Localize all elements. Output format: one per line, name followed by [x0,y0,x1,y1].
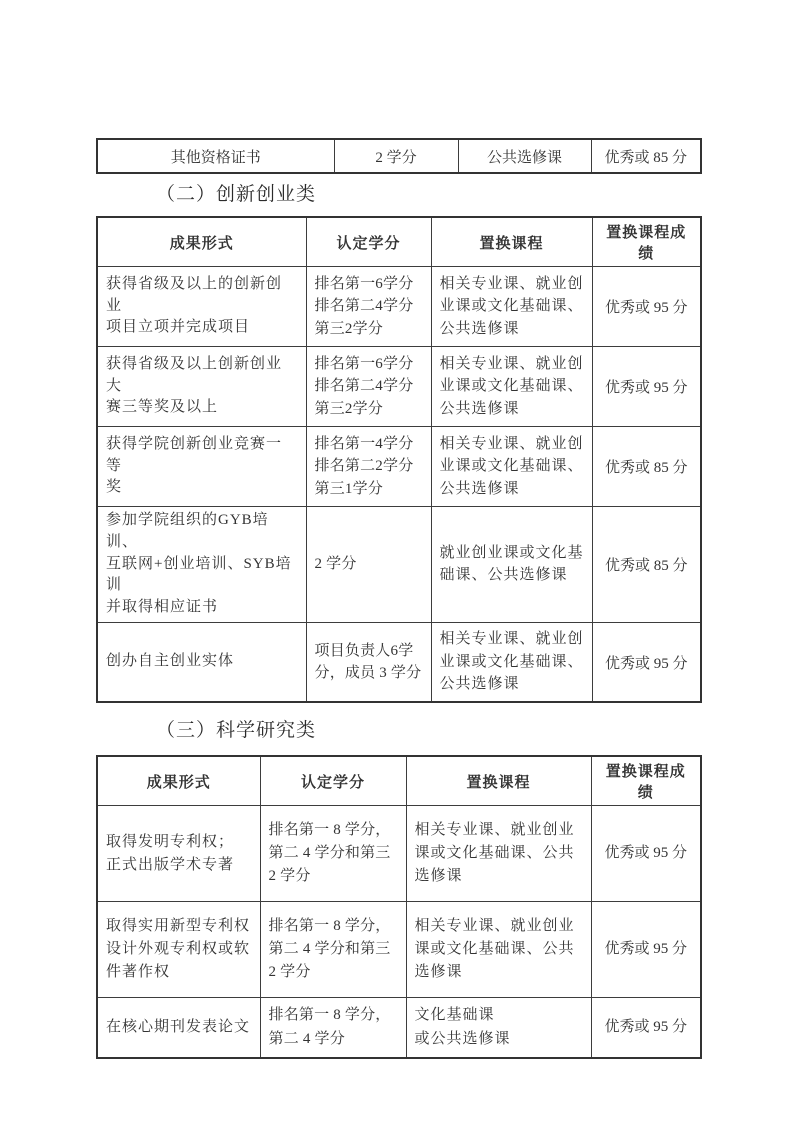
table-cell-credits: 排名第一6学分 排名第二4学分 第三2学分 [306,267,431,347]
column-header-replaced-course: 置换课程 [406,756,591,806]
table-row: 取得发明专利权； 正式出版学术专著 排名第一 8 学分， 第二 4 学分和第三 … [97,806,701,902]
table-row: 获得学院创新创业竞赛一等 奖 排名第一4学分 排名第二2学分 第三1学分 相关专… [97,427,701,507]
innovation-category-table: 成果形式 认定学分 置换课程 置换课程成绩 获得省级及以上的创新创业 项目立项并… [96,216,702,703]
table-cell-replaced-course: 相关专业课、就业创 业课或文化基础课、 公共选修课 [431,347,592,427]
table-cell-credits: 排名第一4学分 排名第二2学分 第三1学分 [306,427,431,507]
section-heading-research: （三）科学研究类 [156,719,702,743]
table-cell-score: 优秀或 85 分 [592,507,701,623]
table-cell-score: 优秀或 95 分 [592,347,701,427]
table-cell-credits: 2 学分 [306,507,431,623]
table-cell-result-form: 获得学院创新创业竞赛一等 奖 [97,427,306,507]
table-row: 获得省级及以上的创新创业 项目立项并完成项目 排名第一6学分 排名第二4学分 第… [97,267,701,347]
table-row: 其他资格证书 2 学分 公共选修课 优秀或 85 分 [97,139,701,173]
table-cell-replaced-course: 相关专业课、就业创业 课或文化基础课、公共 选修课 [406,902,591,998]
table-cell-result-form: 取得实用新型专利权 设计外观专利权或软 件著作权 [97,902,260,998]
table-header-row: 成果形式 认定学分 置换课程 置换课程成绩 [97,217,701,267]
table-row: 取得实用新型专利权 设计外观专利权或软 件著作权 排名第一 8 学分， 第二 4… [97,902,701,998]
table-cell-score: 优秀或 95 分 [592,267,701,347]
column-header-replaced-course: 置换课程 [431,217,592,267]
column-header-course-score: 置换课程成绩 [592,217,701,267]
table-cell-score: 优秀或 95 分 [591,998,701,1058]
table-row: 在核心期刊发表论文 排名第一 8 学分， 第二 4 学分 文化基础课 或公共选修… [97,998,701,1058]
section-heading-innovation: （二）创新创业类 [156,183,702,207]
table-cell-score: 优秀或 95 分 [591,806,701,902]
table-cell-result-form: 创办自主创业实体 [97,622,306,702]
table-row: 参加学院组织的GYB培训、 互联网+创业培训、SYB培训 并取得相应证书 2 学… [97,507,701,623]
table-cell-score: 优秀或 85 分 [591,139,701,173]
table-cell-credits: 项目负责人6学 分，成员 3 学分 [306,622,431,702]
column-header-credits: 认定学分 [306,217,431,267]
table-cell-score: 优秀或 95 分 [591,902,701,998]
table-cell-credits: 排名第一 8 学分， 第二 4 学分和第三 2 学分 [260,902,406,998]
column-header-result-form: 成果形式 [97,756,260,806]
table-cell-replaced-course: 文化基础课 或公共选修课 [406,998,591,1058]
table-cell-score: 优秀或 95 分 [592,622,701,702]
table-cell-result-form: 取得发明专利权； 正式出版学术专著 [97,806,260,902]
table-cell-credits: 排名第一 8 学分， 第二 4 学分 [260,998,406,1058]
table-header-row: 成果形式 认定学分 置换课程 置换课程成绩 [97,756,701,806]
table-cell-score: 优秀或 85 分 [592,427,701,507]
table-cell-result-form: 其他资格证书 [97,139,334,173]
table-cell-result-form: 获得省级及以上的创新创业 项目立项并完成项目 [97,267,306,347]
table-cell-replaced-course: 相关专业课、就业创 业课或文化基础课、 公共选修课 [431,267,592,347]
document-content: 其他资格证书 2 学分 公共选修课 优秀或 85 分 （二）创新创业类 成果形式… [96,138,702,1059]
certificates-table: 其他资格证书 2 学分 公共选修课 优秀或 85 分 [96,138,702,174]
research-category-table: 成果形式 认定学分 置换课程 置换课程成绩 取得发明专利权； 正式出版学术专著 … [96,755,702,1059]
column-header-result-form: 成果形式 [97,217,306,267]
table-cell-credits: 排名第一 8 学分， 第二 4 学分和第三 2 学分 [260,806,406,902]
table-cell-result-form: 参加学院组织的GYB培训、 互联网+创业培训、SYB培训 并取得相应证书 [97,507,306,623]
table-row: 获得省级及以上创新创业大 赛三等奖及以上 排名第一6学分 排名第二4学分 第三2… [97,347,701,427]
table-row: 创办自主创业实体 项目负责人6学 分，成员 3 学分 相关专业课、就业创 业课或… [97,622,701,702]
table-cell-replaced-course: 相关专业课、就业创 业课或文化基础课、 公共选修课 [431,427,592,507]
table-cell-credits: 2 学分 [334,139,458,173]
document-page: 其他资格证书 2 学分 公共选修课 优秀或 85 分 （二）创新创业类 成果形式… [0,0,794,1122]
column-header-course-score: 置换课程成绩 [591,756,701,806]
column-header-credits: 认定学分 [260,756,406,806]
table-cell-result-form: 在核心期刊发表论文 [97,998,260,1058]
table-cell-replaced-course: 相关专业课、就业创业 课或文化基础课、公共 选修课 [406,806,591,902]
table-cell-replaced-course: 公共选修课 [458,139,591,173]
table-cell-replaced-course: 就业创业课或文化基 础课、公共选修课 [431,507,592,623]
table-cell-replaced-course: 相关专业课、就业创 业课或文化基础课、 公共选修课 [431,622,592,702]
table-cell-result-form: 获得省级及以上创新创业大 赛三等奖及以上 [97,347,306,427]
table-cell-credits: 排名第一6学分 排名第二4学分 第三2学分 [306,347,431,427]
